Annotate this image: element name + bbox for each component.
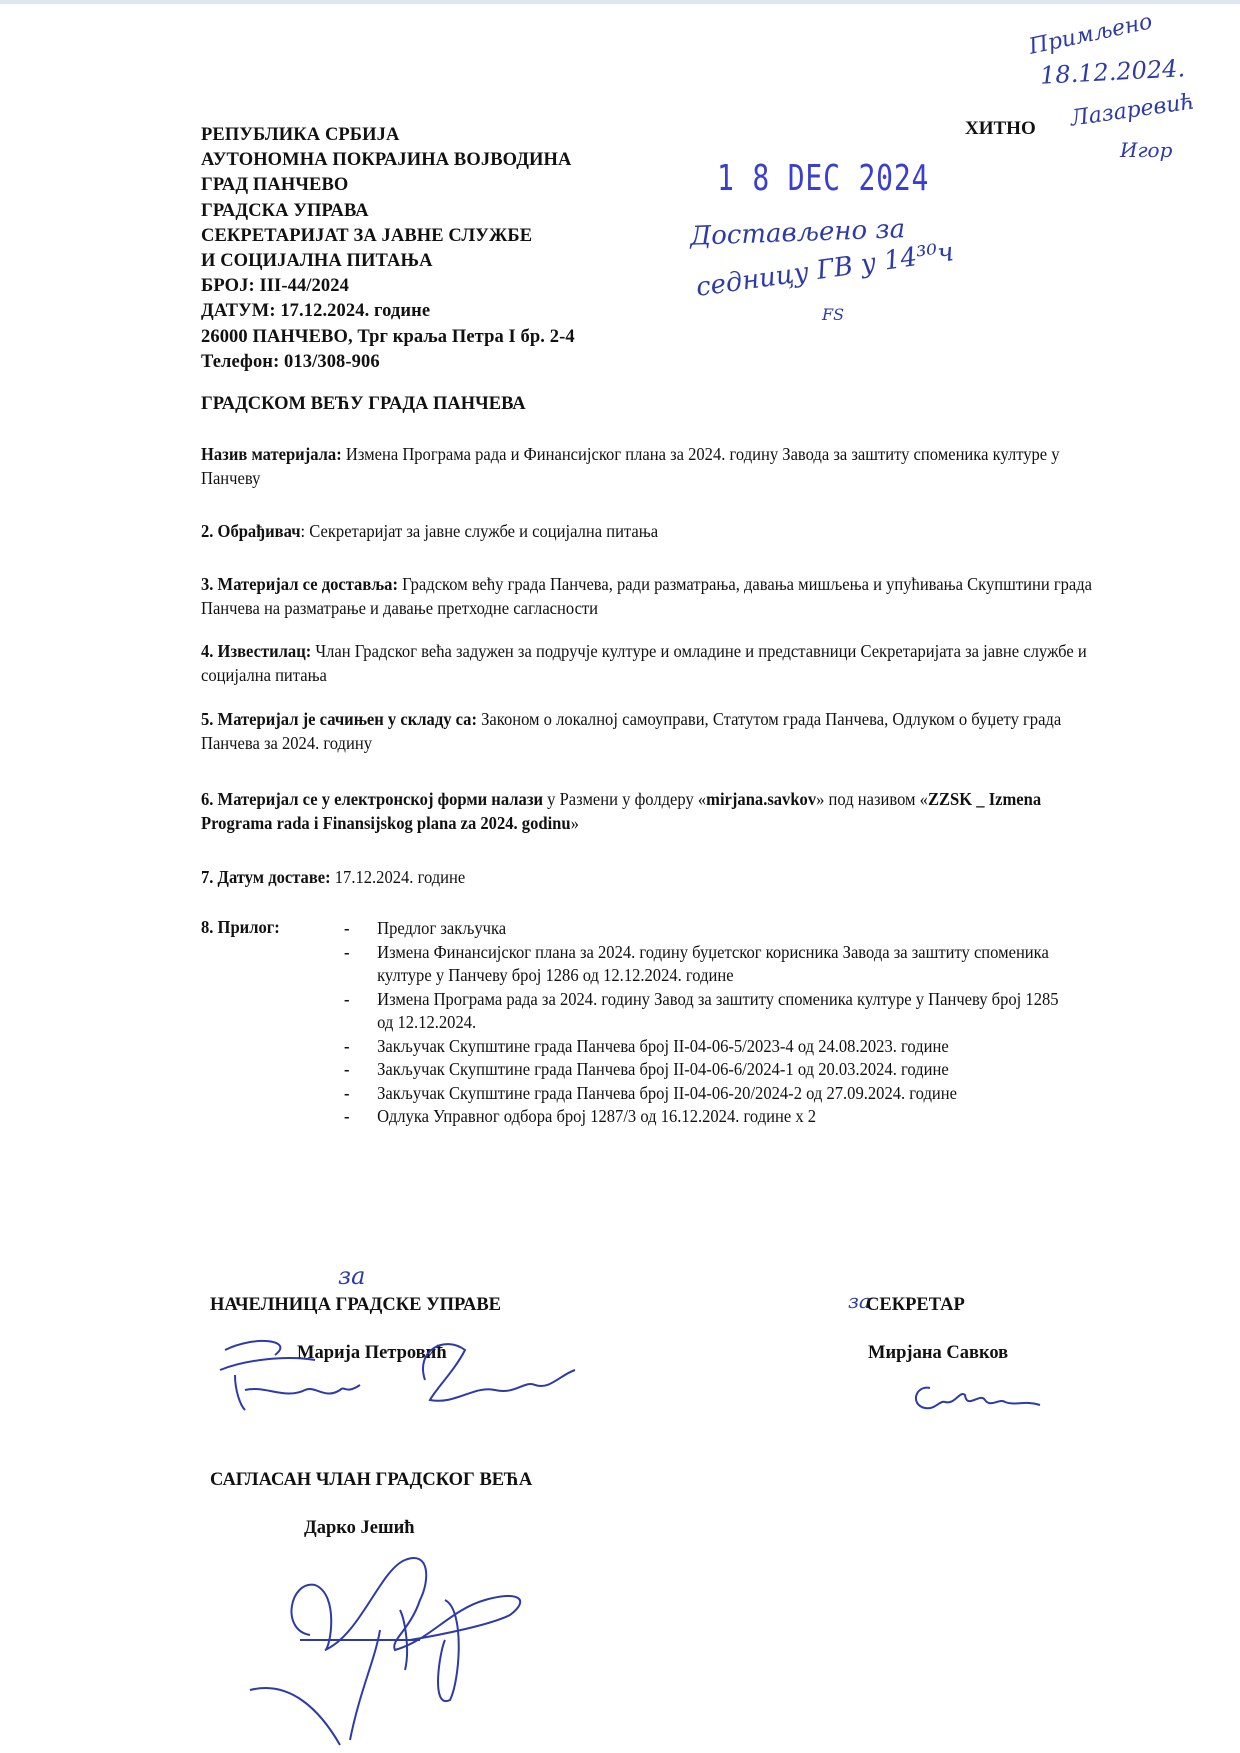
letterhead-line-city: ГРАД ПАНЧЕВО	[201, 173, 575, 198]
signature-council-icon	[230, 1540, 570, 1750]
signature-chief-icon	[215, 1330, 595, 1420]
item-compliance: 5. Материјал је сачињен у складу са: Зак…	[201, 708, 1103, 755]
item-label: 2. Обрађивач	[201, 521, 301, 541]
urgent-label: ХИТНО	[965, 118, 1036, 140]
bullet-dash: -	[344, 1058, 350, 1082]
signature-name-council: Дарко Јешић	[304, 1518, 415, 1539]
attachments-list: -Предлог закључка -Измена Финансијског п…	[344, 917, 1062, 1129]
item-value: : Секретаријат за јавне службе и социјал…	[301, 521, 659, 541]
signature-title-council: САГЛАСАН ЧЛАН ГРАДСКОГ ВЕЋА	[210, 1470, 532, 1491]
recipient-heading: ГРАДСКОМ ВЕЋУ ГРАДА ПАНЧЕВА	[201, 394, 526, 415]
letterhead-line-administration: ГРАДСКА УПРАВА	[201, 199, 575, 224]
item-text: » под називом «	[816, 789, 928, 809]
attachment-item: -Закључак Скупштине града Панчева број I…	[344, 1035, 1062, 1059]
item-value: Члан Градског већа задужен за подручје к…	[201, 641, 1087, 685]
bullet-dash: -	[344, 917, 350, 941]
attachment-item: -Измена Финансијског плана за 2024. годи…	[344, 941, 1062, 988]
signature-secretary-icon	[905, 1380, 1065, 1420]
attachment-item: -Измена Програма рада за 2024. годину За…	[344, 988, 1062, 1035]
date-stamp: 1 8 DEC 2024	[717, 158, 929, 199]
item-label: 6. Материјал се у електронској форми нал…	[201, 789, 543, 809]
item-value: 17.12.2024. године	[331, 867, 466, 887]
item-label: Назив материјала:	[201, 444, 342, 464]
scan-edge	[0, 0, 1240, 4]
item-delivery-date: 7. Датум доставе: 17.12.2024. године	[201, 866, 1103, 890]
bullet-dash: -	[344, 1105, 350, 1129]
bullet-dash: -	[344, 941, 350, 965]
letterhead-line-secretariat: СЕКРЕТАРИЈАТ ЗА ЈАВНЕ СЛУЖБЕ	[201, 224, 575, 249]
letterhead: РЕПУБЛИКА СРБИЈА АУТОНОМНА ПОКРАЈИНА ВОЈ…	[201, 123, 575, 375]
item-label: 5. Материјал је сачињен у складу са:	[201, 709, 477, 729]
folder-name: mirjana.savkov	[706, 789, 816, 809]
attachment-item: -Одлука Управног одбора број 1287/3 од 1…	[344, 1105, 1062, 1129]
item-text: у Размени у фолдеру «	[543, 789, 706, 809]
handwritten-initials: FS	[822, 305, 844, 324]
attachment-item: -Закључак Скупштине града Панчева број I…	[344, 1058, 1062, 1082]
handwritten-received-signature: Игор	[1120, 138, 1172, 162]
bullet-dash: -	[344, 1082, 350, 1106]
attachment-item: -Закључак Скупштине града Панчева број I…	[344, 1082, 1062, 1106]
item-material-title: Назив материјала: Измена Програма рада и…	[201, 443, 1103, 490]
item-text: »	[571, 813, 579, 833]
letterhead-line-province: АУТОНОМНА ПОКРАЈИНА ВОЈВОДИНА	[201, 148, 575, 173]
item-processor: 2. Обрађивач: Секретаријат за јавне служ…	[201, 520, 1103, 544]
item-electronic-location: 6. Материјал се у електронској форми нал…	[201, 788, 1103, 835]
document-date: ДАТУМ: 17.12.2024. године	[201, 299, 575, 324]
document-phone: Телефон: 013/308-906	[201, 350, 575, 375]
handwritten-note-delivered: Достављено за	[690, 214, 906, 251]
item-label: 7. Датум доставе:	[201, 867, 331, 887]
signature-title-chief: НАЧЕЛНИЦА ГРАДСКЕ УПРАВЕ	[210, 1295, 501, 1316]
item-label: 4. Известилац:	[201, 641, 311, 661]
bullet-dash: -	[344, 1035, 350, 1059]
item-delivered-to: 3. Материјал се доставља: Градском већу …	[201, 573, 1103, 620]
signature-title-secretary: СЕКРЕТАР	[866, 1295, 965, 1316]
letterhead-line-country: РЕПУБЛИКА СРБИЈА	[201, 123, 575, 148]
handwritten-received-date: 18.12.2024.	[1039, 54, 1185, 90]
document-number: БРОЈ: III-44/2024	[201, 274, 575, 299]
attachments-label: 8. Прилог:	[201, 917, 280, 938]
handwritten-on-behalf-chief: за	[338, 1262, 365, 1290]
bullet-dash: -	[344, 988, 350, 1012]
item-reporter: 4. Известилац: Члан Градског већа задуже…	[201, 640, 1103, 687]
attachment-item: -Предлог закључка	[344, 917, 1062, 941]
handwritten-received-name: Лазаревић	[1069, 89, 1196, 131]
item-label: 3. Материјал се доставља:	[201, 574, 398, 594]
signature-name-secretary: Мирјана Савков	[868, 1343, 1008, 1364]
letterhead-line-secretariat-2: И СОЦИЈАЛНА ПИТАЊА	[201, 249, 575, 274]
handwritten-received: Примљено	[1027, 9, 1155, 60]
document-address: 26000 ПАНЧЕВО, Трг краља Петра I бр. 2-4	[201, 325, 575, 350]
